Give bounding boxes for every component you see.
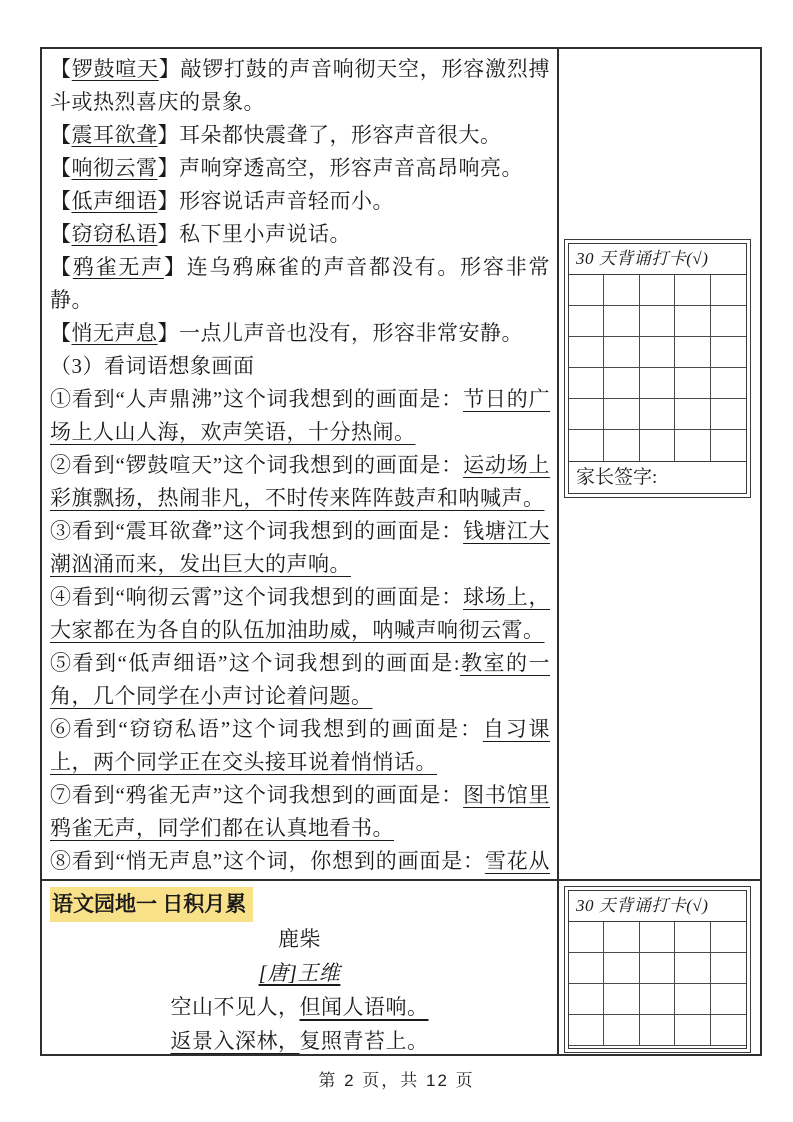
item-prompt: 看到“鸦雀无声”这个词我想到的画面是： xyxy=(72,783,463,807)
left-bracket: 【 xyxy=(50,321,72,345)
punch-cell xyxy=(569,430,604,461)
punch-cell xyxy=(604,430,639,461)
definition-term: 窃窃私语 xyxy=(72,222,158,246)
punch-card-title: 30 天背诵打卡(√) xyxy=(569,244,746,275)
punch-cell xyxy=(569,368,604,399)
punch-cell xyxy=(604,275,639,306)
imagine-item: ②看到“锣鼓喧天”这个词我想到的画面是：运动场上彩旗飘扬，热闹非凡，不时传来阵阵… xyxy=(50,449,550,515)
item-number: ⑤ xyxy=(50,651,72,675)
definition-term: 震耳欲聋 xyxy=(72,123,158,147)
punch-cell xyxy=(569,337,604,368)
punch-cell xyxy=(675,337,710,368)
left-bracket: 【 xyxy=(50,123,72,147)
punch-grid xyxy=(569,922,746,1046)
page-footer: 第 2 页，共 12 页 xyxy=(0,1066,793,1091)
punch-cell xyxy=(711,306,746,337)
poem-line: 空山不见人，但闻人语响。 xyxy=(50,990,549,1024)
punch-cell xyxy=(711,430,746,461)
item-prompt: 看到“悄无声息”这个词，你想到的画面是： xyxy=(72,849,485,873)
right-bracket: 】 xyxy=(158,321,180,345)
punch-cell xyxy=(675,306,710,337)
imagine-item: ③看到“震耳欲聋”这个词我想到的画面是：钱塘江大潮汹涌而来，发出巨大的声响。 xyxy=(50,515,550,581)
punch-cell xyxy=(569,399,604,430)
poem-line-text: 复照青苔上。 xyxy=(300,1029,429,1053)
poem-title: 鹿柴 xyxy=(50,922,549,956)
punch-cell xyxy=(711,953,746,984)
poem-author: [唐]王维 xyxy=(50,956,549,990)
poem-line-text: 空山不见人， xyxy=(171,995,300,1019)
left-bracket: 【 xyxy=(50,255,73,279)
right-bracket: 】 xyxy=(158,189,180,213)
punch-cell xyxy=(569,953,604,984)
definition-entry: 【鸦雀无声】连乌鸦麻雀的声音都没有。形容非常静。 xyxy=(50,251,550,317)
imagine-item: ⑧看到“悄无声息”这个词，你想到的画面是：雪花从天上轻轻飘落，没有一点儿声响。 xyxy=(50,845,550,881)
definition-entry: 【窃窃私语】私下里小声说话。 xyxy=(50,218,550,251)
punch-grid xyxy=(569,275,746,461)
definition-text: 耳朵都快震聋了，形容声音很大。 xyxy=(179,123,502,147)
definition-term: 锣鼓喧天 xyxy=(72,57,159,81)
poem-line-underlined: 返景入深林， xyxy=(171,1029,300,1053)
punch-cell xyxy=(569,922,604,953)
punch-cell xyxy=(675,953,710,984)
punch-cell xyxy=(675,922,710,953)
definition-entry: 【震耳欲聋】耳朵都快震聋了，形容声音很大。 xyxy=(50,119,550,152)
punch-cell xyxy=(640,275,675,306)
worksheet-page: 【锣鼓喧天】敲锣打鼓的声音响彻天空，形容激烈搏斗或热烈喜庆的景象。 【震耳欲聋】… xyxy=(0,0,793,1122)
punch-cell xyxy=(569,984,604,1015)
punch-cell xyxy=(604,337,639,368)
punch-cell xyxy=(640,306,675,337)
punch-cell xyxy=(640,430,675,461)
right-bracket: 】 xyxy=(158,123,180,147)
punch-cell xyxy=(675,275,710,306)
definition-entry: 【低声细语】形容说话声音轻而小。 xyxy=(50,185,550,218)
side-column-bottom: 30 天背诵打卡(√) xyxy=(559,881,760,1054)
punch-cell xyxy=(711,368,746,399)
imagine-item: ⑥看到“窃窃私语”这个词我想到的画面是：自习课上，两个同学正在交头接耳说着悄悄话… xyxy=(50,713,550,779)
imagine-item: ④看到“响彻云霄”这个词我想到的画面是：球场上，大家都在为各自的队伍加油助威，呐… xyxy=(50,581,550,647)
punch-cell xyxy=(711,984,746,1015)
punch-card: 30 天背诵打卡(√) 家长签字: xyxy=(564,239,751,498)
parent-signature-label: 家长签字: xyxy=(569,461,746,493)
poem-author-name: 王维 xyxy=(297,961,340,985)
poem-heading: 语文园地一 日积月累 xyxy=(50,887,253,922)
left-bracket: 【 xyxy=(50,189,72,213)
punch-cell xyxy=(604,1015,639,1046)
item-prompt: 看到“窃窃私语”这个词我想到的画面是： xyxy=(73,717,483,741)
item-number: ⑥ xyxy=(50,717,73,741)
item-number: ⑦ xyxy=(50,783,72,807)
left-bracket: 【 xyxy=(50,156,72,180)
punch-cell xyxy=(711,922,746,953)
definition-term: 鸦雀无声 xyxy=(73,255,164,279)
poem-author-dynasty: [唐] xyxy=(259,961,298,985)
definition-entry: 【响彻云霄】声响穿透高空，形容声音高昂响亮。 xyxy=(50,152,550,185)
punch-cell xyxy=(604,984,639,1015)
punch-cell xyxy=(604,306,639,337)
right-bracket: 】 xyxy=(158,222,180,246)
punch-cell xyxy=(711,399,746,430)
definitions-cell: 【锣鼓喧天】敲锣打鼓的声音响彻天空，形容激烈搏斗或热烈喜庆的景象。 【震耳欲聋】… xyxy=(42,49,559,881)
right-bracket: 】 xyxy=(164,255,187,279)
left-bracket: 【 xyxy=(50,57,72,81)
punch-cell xyxy=(675,984,710,1015)
right-bracket: 】 xyxy=(158,156,180,180)
punch-cell xyxy=(675,430,710,461)
item-prompt: 看到“震耳欲聋”这个词我想到的画面是： xyxy=(72,519,463,543)
poem-line: 返景入深林，复照青苔上。 xyxy=(50,1024,549,1054)
punch-cell xyxy=(604,368,639,399)
punch-card: 30 天背诵打卡(√) xyxy=(564,886,751,1053)
punch-cell xyxy=(675,1015,710,1046)
item-prompt: 看到“低声细语”这个词我想到的画面是: xyxy=(72,651,460,675)
punch-cell xyxy=(640,337,675,368)
punch-cell xyxy=(569,306,604,337)
imagine-heading: （3）看词语想象画面 xyxy=(50,350,550,383)
punch-cell xyxy=(675,399,710,430)
item-prompt: 看到“人声鼎沸”这个词我想到的画面是： xyxy=(72,387,463,411)
punch-cell xyxy=(640,922,675,953)
punch-cell xyxy=(640,1015,675,1046)
punch-cell xyxy=(569,1015,604,1046)
item-number: ⑧ xyxy=(50,849,72,873)
imagine-item: ①看到“人声鼎沸”这个词我想到的画面是：节日的广场上人山人海，欢声笑语，十分热闹… xyxy=(50,383,550,449)
punch-card-inner: 30 天背诵打卡(√) 家长签字: xyxy=(568,243,747,494)
punch-cell xyxy=(604,399,639,430)
item-number: ③ xyxy=(50,519,72,543)
punch-cell xyxy=(640,368,675,399)
definition-text: 形容说话声音轻而小。 xyxy=(179,189,394,213)
punch-cell xyxy=(640,399,675,430)
side-column-top: 30 天背诵打卡(√) 家长签字: xyxy=(559,49,760,881)
imagine-item: ⑤看到“低声细语”这个词我想到的画面是:教室的一角，几个同学在小声讨论着问题。 xyxy=(50,647,550,713)
definition-text: 声响穿透高空，形容声音高昂响亮。 xyxy=(179,156,523,180)
definition-term: 悄无声息 xyxy=(72,321,158,345)
definition-entry: 【锣鼓喧天】敲锣打鼓的声音响彻天空，形容激烈搏斗或热烈喜庆的景象。 xyxy=(50,53,550,119)
punch-cell xyxy=(711,1015,746,1046)
definition-text: 一点儿声音也没有，形容非常安静。 xyxy=(179,321,523,345)
punch-cell xyxy=(604,922,639,953)
definition-term: 低声细语 xyxy=(72,189,158,213)
punch-cell xyxy=(569,275,604,306)
imagine-item: ⑦看到“鸦雀无声”这个词我想到的画面是：图书馆里鸦雀无声，同学们都在认真地看书。 xyxy=(50,779,550,845)
punch-card-title: 30 天背诵打卡(√) xyxy=(569,891,746,922)
punch-cell xyxy=(675,368,710,399)
item-prompt: 看到“响彻云霄”这个词我想到的画面是： xyxy=(72,585,463,609)
item-number: ④ xyxy=(50,585,72,609)
punch-cell xyxy=(640,953,675,984)
right-bracket: 】 xyxy=(159,57,181,81)
definition-text: 私下里小声说话。 xyxy=(179,222,351,246)
definition-entry: 【悄无声息】一点儿声音也没有，形容非常安静。 xyxy=(50,317,550,350)
punch-card-inner: 30 天背诵打卡(√) xyxy=(568,890,747,1049)
poem-cell: 语文园地一 日积月累 鹿柴 [唐]王维 空山不见人，但闻人语响。 返景入深林，复… xyxy=(42,881,559,1054)
item-number: ② xyxy=(50,453,72,477)
content-table: 【锣鼓喧天】敲锣打鼓的声音响彻天空，形容激烈搏斗或热烈喜庆的景象。 【震耳欲聋】… xyxy=(40,47,762,1056)
punch-cell xyxy=(711,337,746,368)
left-bracket: 【 xyxy=(50,222,72,246)
punch-cell xyxy=(711,275,746,306)
punch-cell xyxy=(640,984,675,1015)
item-number: ① xyxy=(50,387,72,411)
punch-cell xyxy=(604,953,639,984)
definition-term: 响彻云霄 xyxy=(72,156,158,180)
poem-line-underlined: 但闻人语响。 xyxy=(300,995,429,1019)
item-prompt: 看到“锣鼓喧天”这个词我想到的画面是： xyxy=(72,453,463,477)
